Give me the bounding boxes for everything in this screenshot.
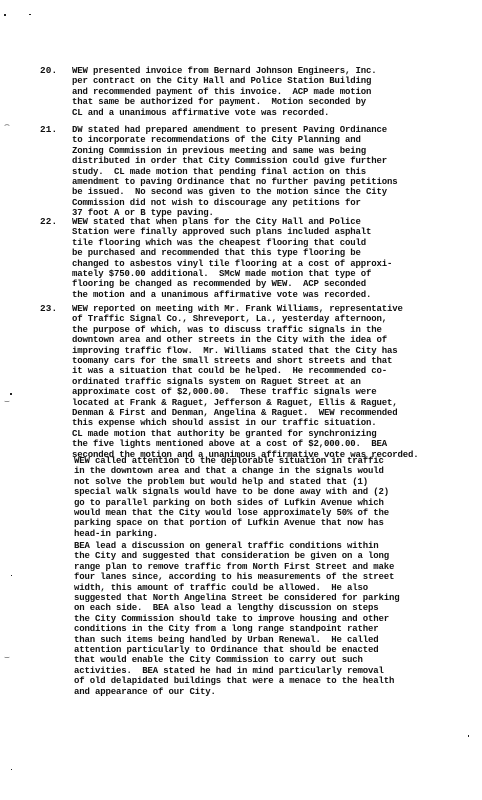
text-line: would mean that the City would lose appr… <box>74 508 389 518</box>
text-line: Station were finally approved such plans… <box>72 227 392 237</box>
item-number: 21. <box>40 125 57 135</box>
text-line: attention particularly to Ordinance that… <box>74 645 400 655</box>
text-line: that same be authorized for payment. Mot… <box>72 97 377 107</box>
text-line: WEW called attention to the deplorable s… <box>74 456 389 466</box>
text-line: in the downtown area and that a change i… <box>74 466 389 476</box>
text-line: tile flooring which was the cheapest flo… <box>72 238 392 248</box>
text-line: ordinated traffic signals system on Ragu… <box>72 377 419 387</box>
text-line: conditions in the City from a long range… <box>74 624 400 634</box>
text-line: approximate cost of $2,000.00. These tra… <box>72 387 419 397</box>
item-number: 22. <box>40 217 57 227</box>
text-line: changed to asbestos vinyl tile flooring … <box>72 259 392 269</box>
text-line: to incorporate recommendations of the Ci… <box>72 135 398 145</box>
text-line: the City and suggested that consideratio… <box>74 551 400 561</box>
text-line: and appearance of our City. <box>74 687 400 697</box>
text-line: of Traffic Signal Co., Shreveport, La., … <box>72 314 419 324</box>
paragraph-general-traffic-discussion: BEA lead a discussion on general traffic… <box>74 541 400 697</box>
text-line: it was a situation that could be helped.… <box>72 366 419 376</box>
scan-speck <box>11 575 12 576</box>
text-line: activities. BEA stated he had in mind pa… <box>74 666 400 676</box>
text-line: study. CL made motion that pending final… <box>72 167 398 177</box>
punch-hole-mark-icon: ⌣ <box>4 398 10 406</box>
text-line: parking space on that portion of Lufkin … <box>74 518 389 528</box>
scan-speck <box>468 735 469 737</box>
text-line: range plan to remove traffic from North … <box>74 562 400 572</box>
text-line: that would enable the City Commission to… <box>74 655 400 665</box>
text-line: four lanes since, according to his measu… <box>74 572 400 582</box>
item-number: 23. <box>40 304 57 314</box>
text-line: improving traffic flow. Mr. Williams sta… <box>72 346 419 356</box>
text-line: WEW reported on meeting with Mr. Frank W… <box>72 304 419 314</box>
text-line: the purpose of which, was to discuss tra… <box>72 325 419 335</box>
text-line: Commission did not wish to discourage an… <box>72 198 398 208</box>
text-line: WEW stated that when plans for the City … <box>72 217 392 227</box>
text-line: the City Commission should take to impro… <box>74 614 400 624</box>
text-line: on each side. BEA also lead a lengthy di… <box>74 603 400 613</box>
text-line: downtown area and other streets in the C… <box>72 335 419 345</box>
text-line: than such items being handled by Urban R… <box>74 635 400 645</box>
text-line: WEW presented invoice from Bernard Johns… <box>72 66 377 76</box>
scan-speck <box>11 769 12 770</box>
text-line: CL and a unanimous affirmative vote was … <box>72 108 377 118</box>
text-line: special walk signals would have to be do… <box>74 487 389 497</box>
text-line: DW stated had prepared amendment to pres… <box>72 125 398 135</box>
text-line: be purchased and recommended that this t… <box>72 248 392 258</box>
scan-speck <box>4 14 6 16</box>
text-line: distributed in order that City Commissio… <box>72 156 398 166</box>
text-line: mately $750.00 additional. SMcW made mot… <box>72 269 392 279</box>
text-line: of old delapidated buildings that were a… <box>74 676 400 686</box>
text-line: go to parallel parking on both sides of … <box>74 498 389 508</box>
text-line: toomany cars for the small streets and s… <box>72 356 419 366</box>
text-line: amendment to paving Ordinance that no fu… <box>72 177 398 187</box>
item-number: 20. <box>40 66 57 76</box>
scanned-document-page: 20. WEW presented invoice from Bernard J… <box>0 0 482 800</box>
item-text: WEW reported on meeting with Mr. Frank W… <box>72 304 419 460</box>
item-text: DW stated had prepared amendment to pres… <box>72 125 398 219</box>
text-line: flooring be changed as recommended by WE… <box>72 279 392 289</box>
text-line: the five lights mentioned above at a cos… <box>72 439 419 449</box>
text-line: be issued. No second was given to the mo… <box>72 187 398 197</box>
text-line: not solve the problem but would help and… <box>74 477 389 487</box>
text-line: width, this amount of traffic could be a… <box>74 583 400 593</box>
text-line: Zoning Commission in previous meeting an… <box>72 146 398 156</box>
text-line: and recommended payment of this invoice.… <box>72 87 377 97</box>
paragraph-traffic-situation: WEW called attention to the deplorable s… <box>74 456 389 539</box>
punch-hole-mark-icon: ⌣ <box>4 654 10 662</box>
text-line: suggested that North Angelina Street be … <box>74 593 400 603</box>
item-text: WEW stated that when plans for the City … <box>72 217 392 300</box>
text-line: Denman & First and Denman, Angelina & Ra… <box>72 408 419 418</box>
text-line: per contract on the City Hall and Police… <box>72 76 377 86</box>
text-line: BEA lead a discussion on general traffic… <box>74 541 400 551</box>
text-line: head-in parking. <box>74 529 389 539</box>
text-line: the motion and a unanimous affirmative v… <box>72 290 392 300</box>
text-line: this expense which should assist in our … <box>72 418 419 428</box>
scan-speck <box>10 393 12 395</box>
punch-hole-mark-icon: ⌢ <box>4 121 10 129</box>
text-line: CL made motion that authority be granted… <box>72 429 419 439</box>
text-line: located at Frank & Raguet, Jefferson & R… <box>72 398 419 408</box>
item-text: WEW presented invoice from Bernard Johns… <box>72 66 377 118</box>
scan-speck <box>29 14 31 15</box>
